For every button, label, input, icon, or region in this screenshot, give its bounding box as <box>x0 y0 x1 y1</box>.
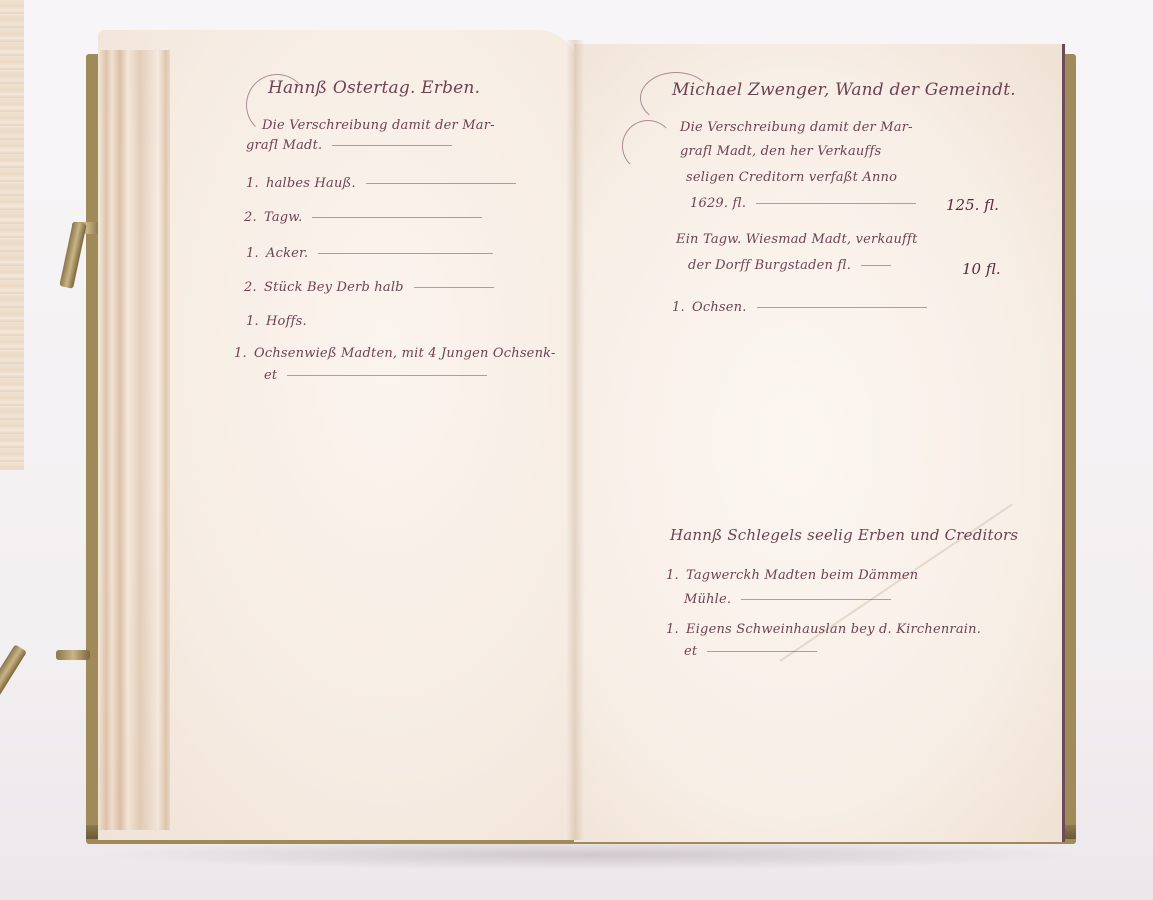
item-qty: 1. <box>246 176 266 191</box>
tie-ribbon-top-strand <box>59 221 86 288</box>
item-text: Eigens Schweinhauslan bey d. Kirchenrain… <box>686 622 981 637</box>
leader-line <box>414 287 494 288</box>
left-intro-text-2: grafl Madt. <box>246 138 322 153</box>
tie-ribbon-bottom <box>56 650 90 660</box>
item-text: Hoffs. <box>266 314 307 329</box>
leader-line <box>312 217 482 218</box>
left-page-heading: Hannß Ostertag. Erben. <box>268 78 480 98</box>
right-entry-3: 1.Ochsen. <box>672 300 927 315</box>
item-text: Ochsen. <box>692 300 747 315</box>
right-section-2-heading: Hannß Schlegels seelig Erben und Credito… <box>670 526 1018 544</box>
item-qty: 1. <box>666 568 686 583</box>
left-item-row: 1.Ochsenwieß Madten, mit 4 Jungen Ochsen… <box>234 346 556 361</box>
item-qty: 1. <box>672 300 692 315</box>
left-item-row: 1.Hoffs. <box>246 314 307 329</box>
right-page-heading: Michael Zwenger, Wand der Gemeindt. <box>672 80 1016 100</box>
leader-line <box>707 651 817 652</box>
book-gutter <box>566 40 584 840</box>
left-intro-line-2: grafl Madt. <box>246 138 452 153</box>
leader-line <box>861 265 891 266</box>
item-qty: 2. <box>244 210 264 225</box>
entry-text: 1629. fl. <box>690 196 746 211</box>
leader-line <box>756 203 916 204</box>
item-continuation-text: et <box>684 644 697 659</box>
item-qty: 2. <box>244 280 264 295</box>
right-section-2-continuation: Mühle. <box>684 592 891 607</box>
right-section-2-item: 1.Tagwerckh Madten beim Dämmen <box>666 568 918 583</box>
leader-line <box>332 145 452 146</box>
item-text: Ochsenwieß Madten, mit 4 Jungen Ochsenk- <box>254 346 556 361</box>
item-text: Stück Bey Derb halb <box>264 280 404 295</box>
left-item-row: 1.Acker. <box>246 246 493 261</box>
leader-line <box>366 183 516 184</box>
left-item-continuation: et <box>264 368 487 383</box>
right-entry-1-line: grafl Madt, den her Verkauffs <box>680 144 881 159</box>
left-item-row: 2.Tagw. <box>244 210 482 225</box>
right-entry-2-line: der Dorff Burgstaden fl. <box>688 258 891 273</box>
right-section-2-continuation: et <box>684 644 817 659</box>
item-continuation-text: et <box>264 368 277 383</box>
item-text: Tagwerckh Madten beim Dämmen <box>686 568 918 583</box>
water-stain <box>98 50 170 830</box>
flourish-ornament <box>622 120 674 172</box>
book-shadow <box>95 840 1085 870</box>
item-text: Tagw. <box>264 210 302 225</box>
right-entry-1-line: seligen Creditorn verfaßt Anno <box>686 170 897 185</box>
item-qty: 1. <box>666 622 686 637</box>
right-entry-1-line: 1629. fl. <box>690 196 916 211</box>
tie-ribbon-bottom-strand <box>0 644 27 762</box>
entry-text: der Dorff Burgstaden fl. <box>688 258 851 273</box>
entry-1-amount: 125. fl. <box>946 196 999 214</box>
leader-line <box>318 253 493 254</box>
wooden-table-edge <box>0 0 24 470</box>
left-item-row: 1.halbes Hauß. <box>246 176 516 191</box>
right-entry-1-line: Die Verschreibung damit der Mar- <box>680 120 913 135</box>
leader-line <box>741 599 891 600</box>
right-entry-2-line: Ein Tagw. Wiesmad Madt, verkaufft <box>676 232 918 247</box>
entry-2-amount: 10 fl. <box>962 260 1001 278</box>
leader-line <box>757 307 927 308</box>
item-qty: 1. <box>246 246 266 261</box>
left-intro-line-1: Die Verschreibung damit der Mar- <box>262 118 495 133</box>
item-text: Acker. <box>266 246 308 261</box>
left-item-row: 2.Stück Bey Derb halb <box>244 280 494 295</box>
item-continuation-text: Mühle. <box>684 592 731 607</box>
item-text: halbes Hauß. <box>266 176 356 191</box>
leader-line <box>287 375 487 376</box>
photo-scene: Hannß Ostertag. Erben. Die Verschreibung… <box>0 0 1153 900</box>
item-qty: 1. <box>234 346 254 361</box>
item-qty: 1. <box>246 314 266 329</box>
right-section-2-item: 1.Eigens Schweinhauslan bey d. Kirchenra… <box>666 622 981 637</box>
